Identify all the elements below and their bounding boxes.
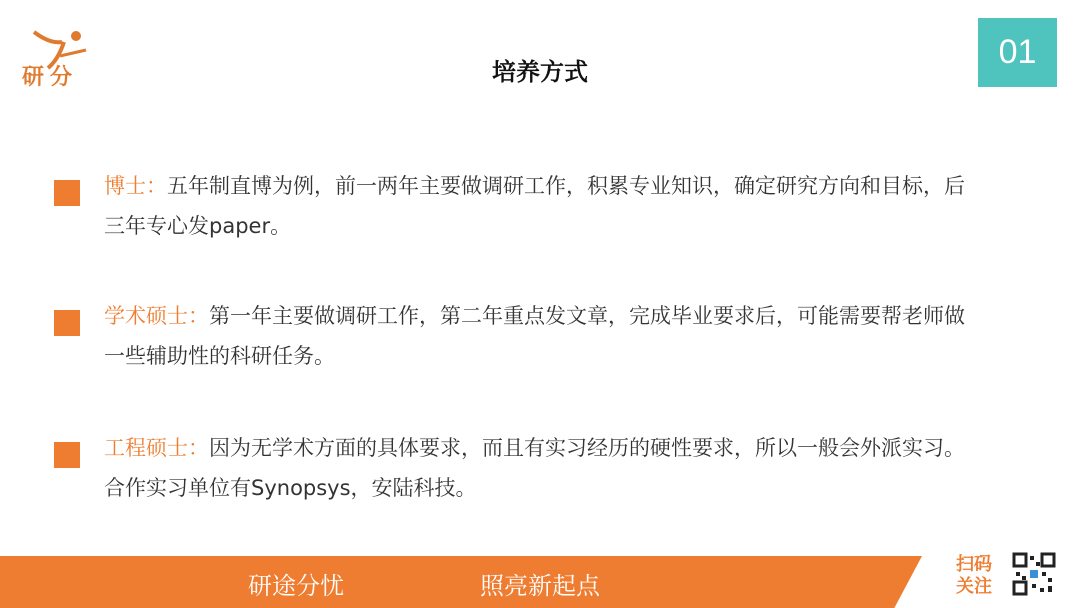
scan-line-1: 扫码 (956, 554, 992, 576)
bullet-square-icon (54, 442, 80, 468)
item-text: 第一年主要做调研工作，第二年重点发文章，完成毕业要求后，可能需要帮老师做一些辅助… (104, 304, 965, 368)
footer-band (0, 556, 922, 608)
item-text: 五年制直博为例，前一两年主要做调研工作，积累专业知识，确定研究方向和目标，后三年… (104, 174, 965, 238)
item-text: 因为无学术方面的具体要求，而且有实习经历的硬性要求，所以一般会外派实习。合作实习… (104, 436, 965, 500)
scan-label: 扫码 关注 (956, 554, 992, 598)
item-label: 工程硕士： (104, 436, 209, 460)
item-label: 学术硕士： (104, 304, 209, 328)
page-number-badge: 01 (978, 18, 1057, 87)
page-title: 培养方式 (0, 52, 1080, 87)
qr-code-icon[interactable] (1012, 552, 1056, 596)
scan-line-2: 关注 (956, 576, 992, 598)
bullet-square-icon (54, 310, 80, 336)
slogan-left: 研途分忧 (248, 566, 344, 601)
slogan-right: 照亮新起点 (480, 566, 600, 601)
bullet-square-icon (54, 180, 80, 206)
item-label: 博士： (104, 174, 167, 198)
